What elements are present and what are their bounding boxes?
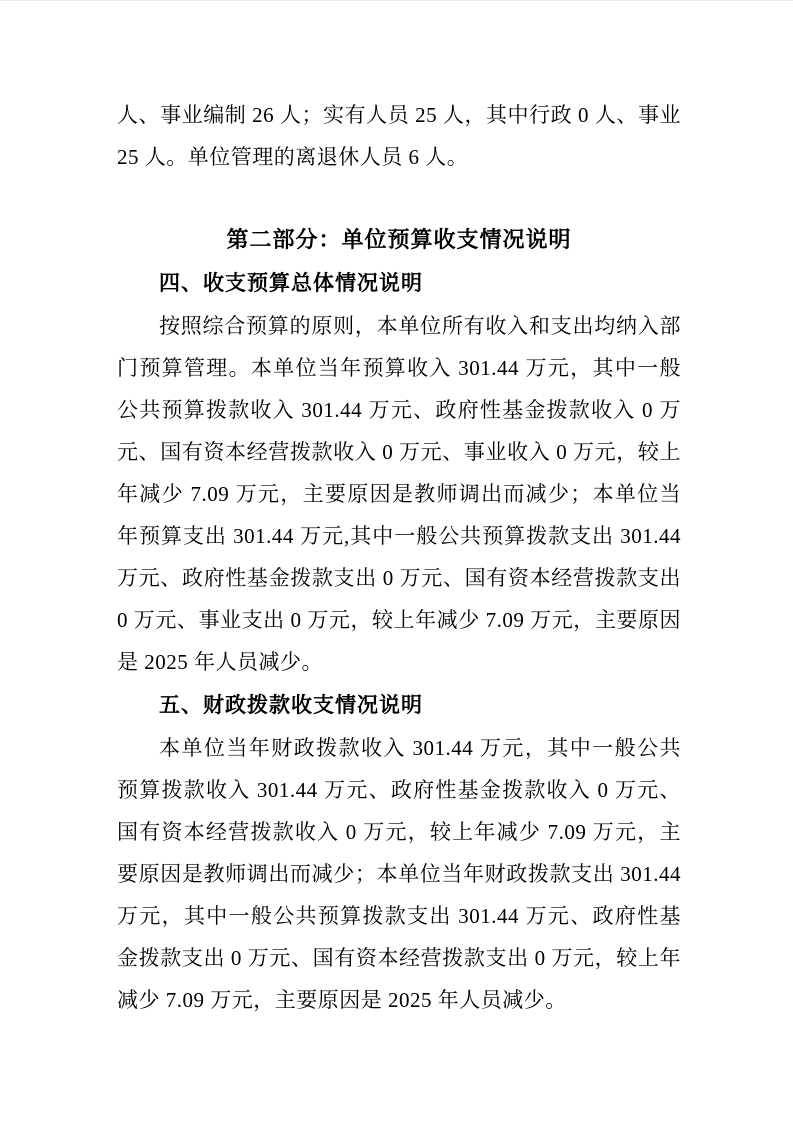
document-page: 人、事业编制 26 人；实有人员 25 人，其中行政 0 人、事业 25 人。单… [0,1,793,1122]
subsection-five-paragraph: 本单位当年财政拨款收入 301.44 万元，其中一般公共预算拨款收入 301.4… [117,727,681,1021]
section-title: 第二部分：单位预算收支情况说明 [117,219,681,261]
subsection-heading-four: 四、收支预算总体情况说明 [117,263,681,305]
subsection-heading-five: 五、财政拨款收支情况说明 [117,685,681,727]
subsection-four-paragraph: 按照综合预算的原则，本单位所有收入和支出均纳入部门预算管理。本单位当年预算收入 … [117,305,681,683]
continuation-paragraph: 人、事业编制 26 人；实有人员 25 人，其中行政 0 人、事业 25 人。单… [117,94,681,178]
